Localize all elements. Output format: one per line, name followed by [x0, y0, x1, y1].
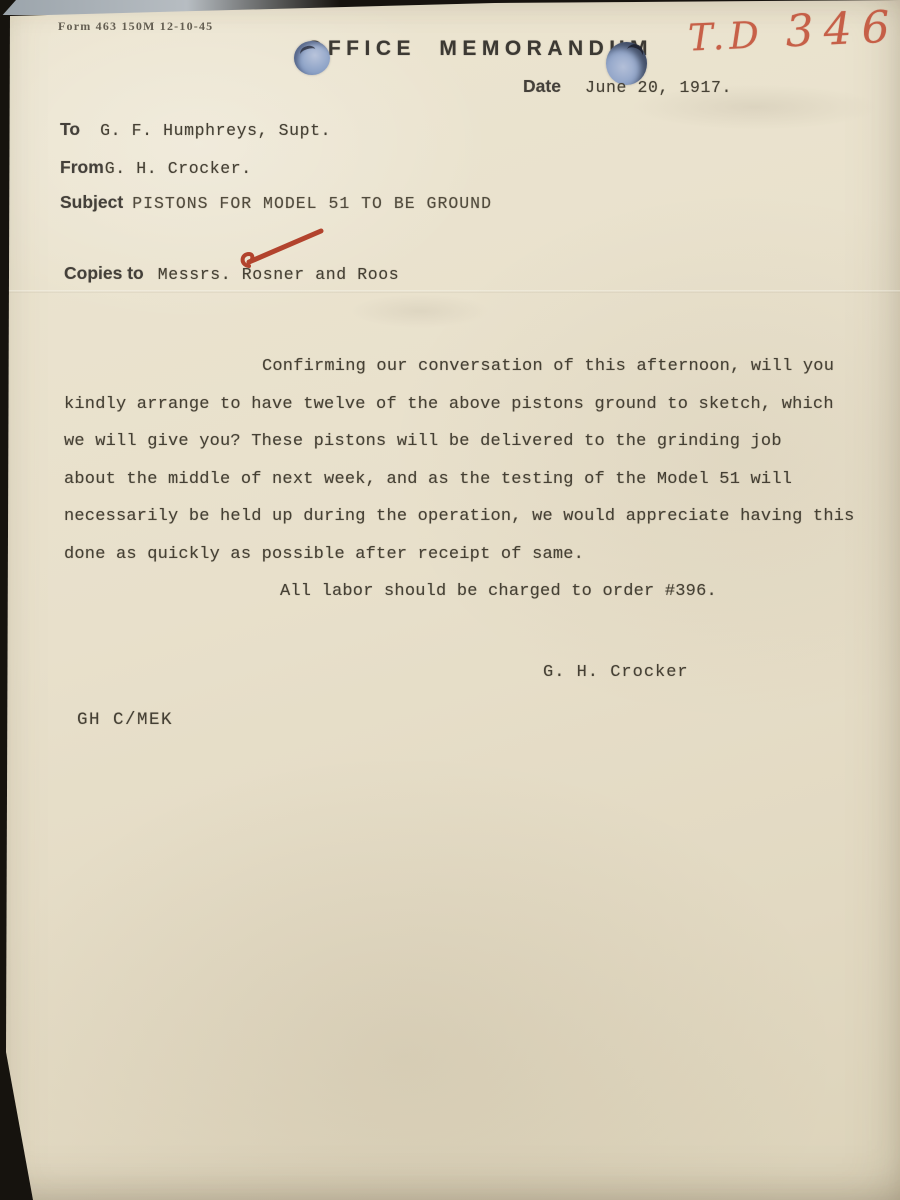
form-number: Form 463 150M 12-10-45: [58, 19, 213, 34]
date-row: DateJune 20, 1917.: [523, 76, 732, 97]
body-line: kindly arrange to have twelve of the abo…: [64, 386, 869, 424]
copies-row: Copies toMessrs. Rosner and Roos: [64, 263, 399, 284]
memo-body: Confirming our conversation of this afte…: [64, 348, 869, 611]
memo-title: OFFICE MEMORANDUM: [306, 37, 653, 61]
subject-row: SubjectPISTONS FOR MODEL 51 TO BE GROUND: [60, 192, 492, 213]
from-label: From: [60, 157, 104, 177]
to-row: ToG. F. Humphreys, Supt.: [60, 119, 331, 140]
memo-sheet: Form 463 150M 12-10-45 OFFICE MEMORANDUM…: [0, 0, 900, 1200]
to-value: G. F. Humphreys, Supt.: [100, 121, 331, 140]
order-charge-line: All labor should be charged to order #39…: [64, 573, 869, 611]
signature: G. H. Crocker: [543, 663, 689, 682]
handwritten-file-number: T.D346: [687, 1, 900, 61]
paper-crease: [0, 290, 900, 293]
date-label: Date: [523, 76, 561, 96]
subject-value: PISTONS FOR MODEL 51 TO BE GROUND: [132, 194, 492, 213]
body-line: done as quickly as possible after receip…: [64, 536, 869, 574]
file-number-digits: 346: [785, 1, 900, 57]
copies-label: Copies to: [64, 263, 144, 283]
subject-label: Subject: [60, 192, 123, 212]
ink-bleed-smudge: [350, 294, 490, 328]
from-row: FromG. H. Crocker.: [60, 157, 252, 178]
file-number-prefix: T.D: [687, 13, 764, 59]
punch-hole-icon: [294, 41, 330, 75]
body-line: about the middle of next week, and as th…: [64, 461, 869, 499]
typist-initials: GH C/MEK: [77, 710, 173, 730]
body-line: necessarily be held up during the operat…: [64, 498, 869, 536]
body-line: we will give you? These pistons will be …: [64, 423, 869, 461]
from-value: G. H. Crocker.: [105, 159, 252, 178]
copies-value: Messrs. Rosner and Roos: [158, 265, 400, 284]
body-line: Confirming our conversation of this afte…: [64, 348, 869, 386]
to-label: To: [60, 119, 80, 139]
date-value: June 20, 1917.: [585, 78, 732, 97]
